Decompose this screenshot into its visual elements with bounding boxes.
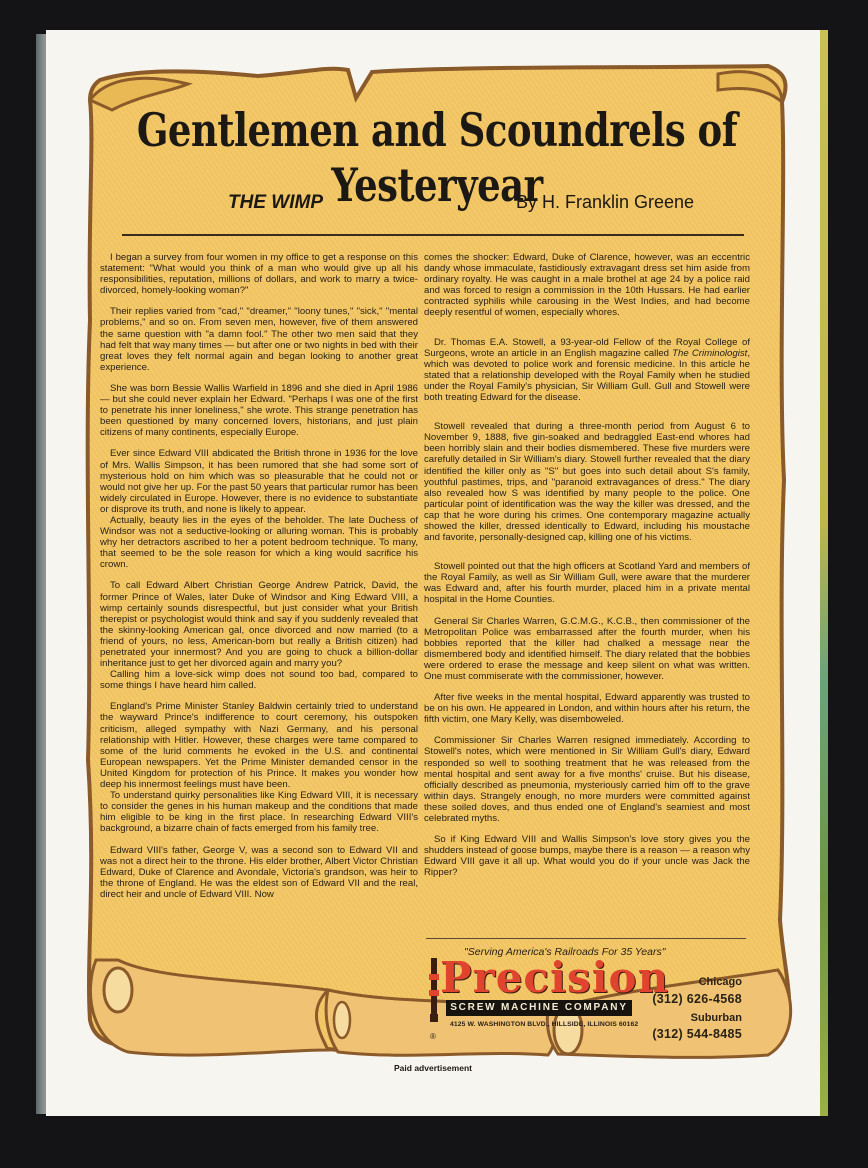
paragraph: Calling him a love-sick wimp does not so… [100,669,418,691]
magazine-title: The Criminologist [672,348,747,359]
parchment-scroll: Gentlemen and Scoundrels of Yesteryear T… [78,60,796,1066]
paragraph: Actually, beauty lies in the eyes of the… [100,515,418,570]
paragraph: Ever since Edward VIII abdicated the Bri… [100,448,418,515]
paragraph: Dr. Thomas E.A. Stowell, a 93-year-old F… [424,337,750,404]
article-byline: By H. Franklin Greene [516,192,694,213]
company-logo: Precision [440,956,669,1000]
paragraph: Stowell revealed that during a three-mon… [424,421,750,543]
precision-advertisement: "Serving America's Railroads For 35 Year… [426,938,746,1048]
paragraph: General Sir Charles Warren, G.C.M.G., K.… [424,616,750,683]
paragraph: Their replies varied from "cad," "dreame… [100,306,418,373]
company-address: 4125 W. WASHINGTON BLVD., HILLSIDE, ILLI… [450,1021,638,1028]
paragraph: To understand quirky personalities like … [100,790,418,834]
paragraph: After five weeks in the mental hospital,… [424,692,750,725]
paragraph: So if King Edward VIII and Wallis Simpso… [424,834,750,878]
paragraph: Commissioner Sir Charles Warren resigned… [424,735,750,824]
magazine-page: Gentlemen and Scoundrels of Yesteryear T… [46,30,820,1116]
paragraph: comes the shocker: Edward, Duke of Clare… [424,252,750,319]
article-column-left: I began a survey from four women in my o… [100,252,418,910]
location-city: Suburban [691,1012,742,1024]
company-subtitle: SCREW MACHINE COMPANY [446,1000,632,1016]
article-column-right: comes the shocker: Edward, Duke of Clare… [424,252,750,889]
paid-advertisement-notice: Paid advertisement [46,1063,820,1073]
title-divider [122,234,744,236]
article-subtitle: THE WIMP [228,192,323,214]
paragraph: Edward VIII's father, George V, was a se… [100,845,418,900]
location-phone: (312) 544-8485 [652,1027,742,1041]
registered-mark: ® [430,1032,436,1041]
paragraph: England's Prime Minister Stanley Baldwin… [100,701,418,790]
paragraph: Stowell pointed out that the high office… [424,561,750,605]
location-phone: (312) 626-4568 [652,992,742,1006]
paragraph: I began a survey from four women in my o… [100,252,418,296]
paragraph: She was born Bessie Wallis Warfield in 1… [100,383,418,438]
ad-divider [426,938,746,939]
paragraph: To call Edward Albert Christian George A… [100,580,418,669]
location-city: Chicago [699,976,742,988]
